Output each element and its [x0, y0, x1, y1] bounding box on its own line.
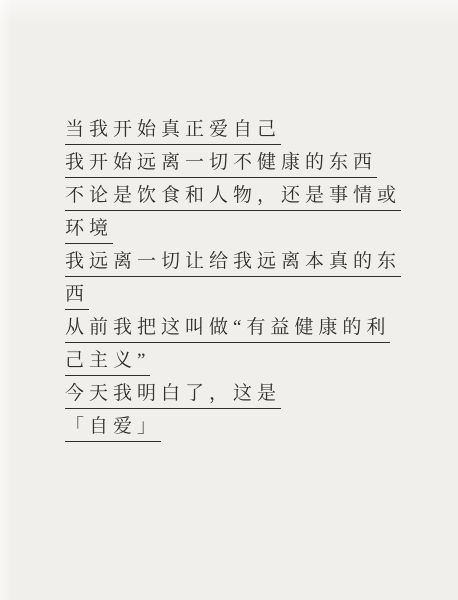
poem-line-text: 不论是饮食和人物，还是事情或 — [65, 185, 401, 211]
poem-line-text: 「自爱」 — [65, 416, 161, 442]
poem-line: 己主义” — [65, 343, 401, 376]
poem-line: 不论是饮食和人物，还是事情或 — [65, 178, 401, 211]
poem-line: 西 — [65, 277, 401, 310]
poem-line-text: 西 — [65, 284, 89, 310]
poem-text-block: 当我开始真正爱自己 我开始远离一切不健康的东西 不论是饮食和人物，还是事情或 环… — [65, 112, 401, 442]
quote-card: 当我开始真正爱自己 我开始远离一切不健康的东西 不论是饮食和人物，还是事情或 环… — [0, 0, 458, 600]
poem-line-text: 从前我把这叫做“有益健康的利 — [65, 317, 390, 343]
poem-line: 当我开始真正爱自己 — [65, 112, 401, 145]
poem-line: 今天我明白了，这是 — [65, 376, 401, 409]
poem-line-text: 当我开始真正爱自己 — [65, 119, 281, 145]
poem-line-text: 我开始远离一切不健康的东西 — [65, 152, 377, 178]
poem-line-text: 环境 — [65, 218, 113, 244]
poem-line-text: 今天我明白了，这是 — [65, 383, 281, 409]
poem-line-text: 己主义” — [65, 350, 150, 376]
poem-line: 我远离一切让给我远离本真的东 — [65, 244, 401, 277]
poem-line-text: 我远离一切让给我远离本真的东 — [65, 251, 401, 277]
poem-line: 从前我把这叫做“有益健康的利 — [65, 310, 401, 343]
poem-line: 我开始远离一切不健康的东西 — [65, 145, 401, 178]
poem-line: 「自爱」 — [65, 409, 401, 442]
poem-line: 环境 — [65, 211, 401, 244]
